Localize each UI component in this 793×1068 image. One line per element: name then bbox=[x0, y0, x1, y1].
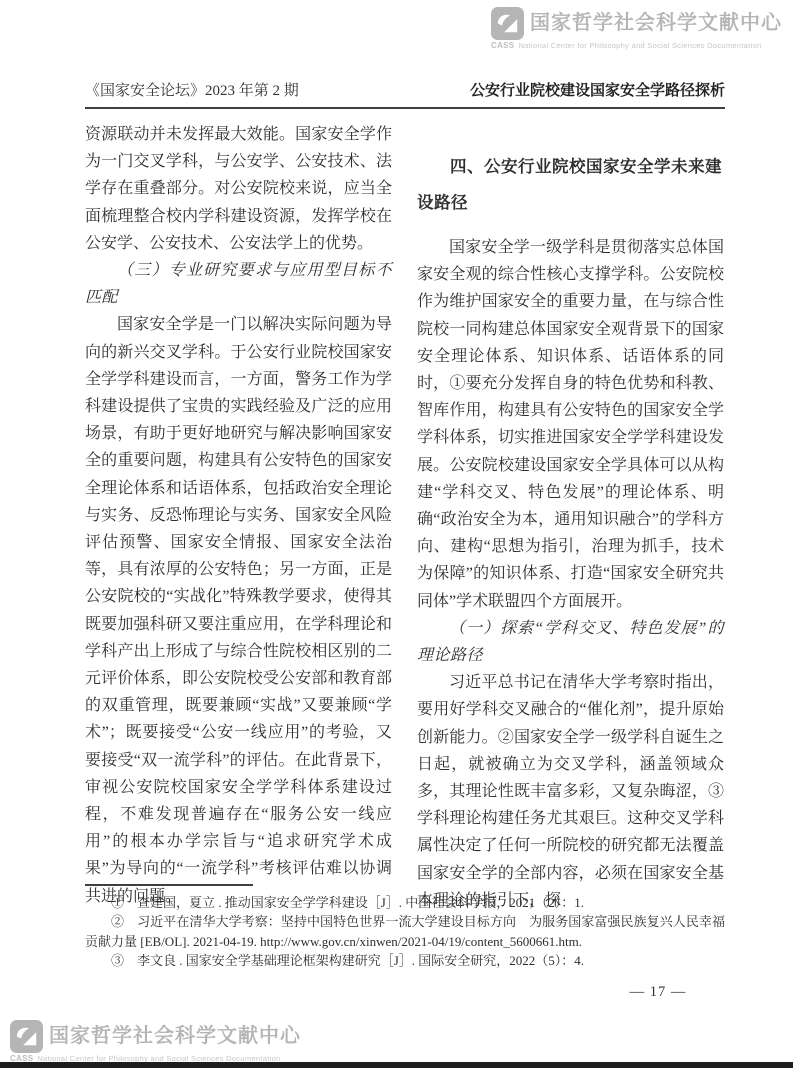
running-header: 《国家安全论坛》2023 年第 2 期 公安行业院校建设国家安全学路径探析 bbox=[85, 79, 725, 100]
subsection-heading-1: （一）探索“学科交叉、特色发展”的理论路径 bbox=[417, 615, 724, 669]
footnote-divider bbox=[85, 884, 253, 886]
subsection-heading-3: （三）专业研究要求与应用型目标不匹配 bbox=[85, 257, 392, 311]
section-heading-4: 四、公安行业院校国家安全学未来建设路径 bbox=[417, 149, 724, 221]
watermark-bottom-left: 国家哲学社会科学文献中心 CASSNational Center for Phi… bbox=[10, 1020, 301, 1063]
paragraph: 国家安全学是一门以解决实际问题为导向的新兴交叉学科。于公安行业院校国家安全学学科… bbox=[85, 311, 392, 909]
header-divider bbox=[85, 107, 725, 109]
footnote-1: ① 查建国，夏立 . 推动国家安全学学科建设［J］. 中国社会科学报，2021（… bbox=[85, 893, 725, 913]
watermark-title: 国家哲学社会科学文献中心 bbox=[49, 1020, 301, 1053]
watermark-title: 国家哲学社会科学文献中心 bbox=[530, 7, 782, 40]
document-page: 国家哲学社会科学文献中心 CASSNational Center for Phi… bbox=[0, 0, 793, 1068]
paragraph-continuation: 资源联动并未发挥最大效能。国家安全学作为一门交叉学科，与公安学、公安技术、法学存… bbox=[85, 121, 392, 257]
journal-issue-label: 《国家安全论坛》2023 年第 2 期 bbox=[85, 79, 299, 100]
watermark-acronym: CASS bbox=[491, 41, 514, 50]
page-number: — 17 — bbox=[598, 984, 718, 1001]
cass-logo-icon bbox=[491, 7, 524, 40]
footnotes-block: ① 查建国，夏立 . 推动国家安全学学科建设［J］. 中国社会科学报，2021（… bbox=[85, 884, 725, 971]
footnote-3: ③ 李文良 . 国家安全学基础理论框架构建研究［J］. 国际安全研究，2022（… bbox=[85, 951, 725, 971]
article-body: 资源联动并未发挥最大效能。国家安全学作为一门交叉学科，与公安学、公安技术、法学存… bbox=[85, 121, 725, 914]
paragraph: 习近平总书记在清华大学考察时指出，要用好学科交叉融合的“催化剂”，提升原始创新能… bbox=[417, 669, 724, 914]
right-column: 四、公安行业院校国家安全学未来建设路径 国家安全学一级学科是贯彻落实总体国家安全… bbox=[417, 121, 724, 914]
cass-logo-icon bbox=[10, 1020, 43, 1053]
watermark-top-right: 国家哲学社会科学文献中心 CASSNational Center for Phi… bbox=[491, 7, 782, 50]
bottom-edge-bar bbox=[0, 1062, 793, 1068]
left-column: 资源联动并未发挥最大效能。国家安全学作为一门交叉学科，与公安学、公安技术、法学存… bbox=[85, 121, 392, 914]
footnote-2: ② 习近平在清华大学考察：坚持中国特色世界一流大学建设目标方向 为服务国家富强民… bbox=[85, 912, 725, 951]
watermark-subtitle: CASSNational Center for Philosophy and S… bbox=[491, 41, 782, 50]
article-title-label: 公安行业院校建设国家安全学路径探析 bbox=[470, 79, 725, 100]
paragraph: 国家安全学一级学科是贯彻落实总体国家安全观的综合性核心支撑学科。公安院校作为维护… bbox=[417, 234, 724, 615]
